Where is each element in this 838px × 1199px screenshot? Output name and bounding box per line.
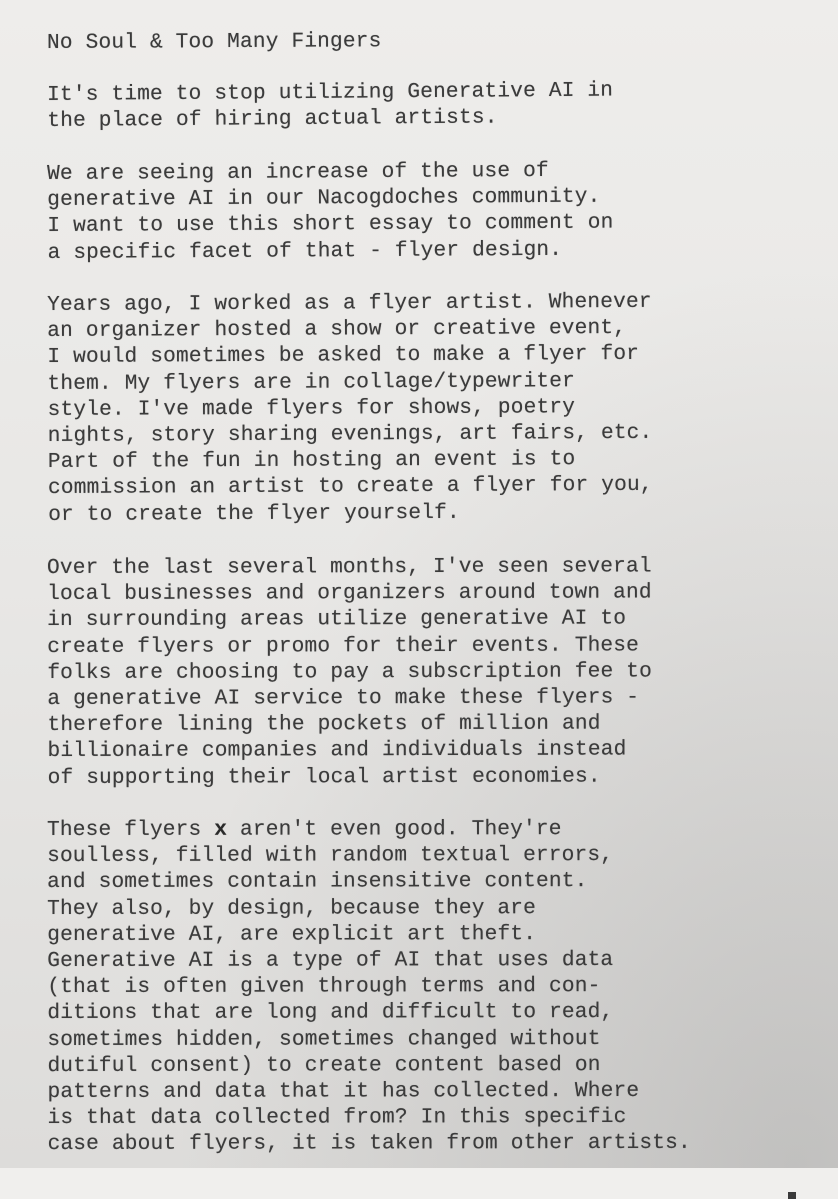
next-page-type-mark [788, 1192, 796, 1199]
text-line: the place of hiring actual artists. [47, 102, 837, 134]
text-line: a specific facet of that - flyer design. [47, 235, 837, 266]
text-fragment: These flyers [47, 818, 214, 842]
text-line: generative AI, are explicit art theft. [47, 921, 837, 949]
text-line: dutiful consent) to create content based… [47, 1052, 837, 1080]
text-line: sometimes hidden, sometimes changed with… [47, 1025, 837, 1053]
typewritten-essay: No Soul & Too Many Fingers It's time to … [47, 30, 837, 1184]
typed-over-character: x [214, 817, 227, 843]
text-line: in surrounding areas utilize generative … [47, 605, 837, 633]
text-line: therefore lining the pockets of million … [47, 710, 837, 738]
text-line: These flyers x aren't even good. They're [47, 816, 837, 844]
paragraph-local-businesses: Over the last several months, I've seen … [47, 553, 838, 791]
paragraph-community: We are seeing an increase of the use of … [47, 156, 838, 266]
text-line: and sometimes contain insensitive conten… [47, 868, 837, 896]
text-line: folks are choosing to pay a subscription… [47, 657, 837, 685]
text-line: Generative AI is a type of AI that uses … [47, 947, 837, 975]
text-line: a generative AI service to make these fl… [47, 684, 837, 712]
paragraph-flyer-artist: Years ago, I worked as a flyer artist. W… [47, 288, 838, 528]
text-line: local businesses and organizers around t… [47, 579, 837, 607]
text-fragment: aren't even good. They're [227, 817, 562, 842]
text-line: case about flyers, it is taken from othe… [48, 1130, 838, 1158]
paragraph-art-theft: These flyers x aren't even good. They're… [47, 816, 838, 1158]
text-line: (that is often given through terms and c… [47, 973, 837, 1001]
text-line: They also, by design, because they are [47, 894, 837, 922]
text-line: patterns and data that it has collected.… [47, 1078, 837, 1106]
text-line: is that data collected from? In this spe… [48, 1104, 838, 1132]
paragraph-intro: It's time to stop utilizing Generative A… [47, 76, 837, 135]
text-line: of supporting their local artist economi… [48, 762, 838, 790]
text-line: or to create the flyer yourself. [48, 498, 838, 528]
text-line: Over the last several months, I've seen … [47, 553, 837, 581]
text-line: create flyers or promo for their events.… [47, 631, 837, 659]
text-line: soulless, filled with random textual err… [47, 842, 837, 870]
essay-title: No Soul & Too Many Fingers [47, 26, 837, 56]
text-line: ditions that are long and difficult to r… [47, 999, 837, 1027]
text-line: billionaire companies and individuals in… [47, 736, 837, 764]
